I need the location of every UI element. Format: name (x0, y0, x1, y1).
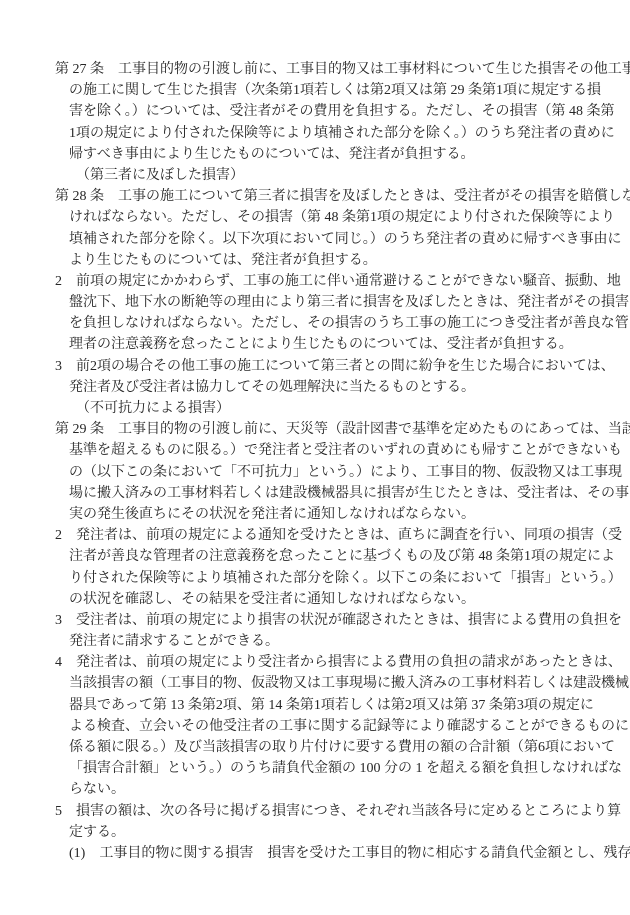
continuation-line: 定する。 (55, 822, 600, 843)
continuation-line: 発注者及び受注者は協力してその処理解決に当たるものとする。 (55, 377, 600, 398)
continuation-line: より生じたものについては、発注者が負担する。 (55, 250, 600, 271)
continuation-line: 填補された部分を除く。以下次項において同じ。）のうち発注者の責めに帰すべき事由に (55, 229, 600, 250)
article-start-line: 第 27 条 工事目的物の引渡し前に、工事目的物又は工事材料について生じた損害そ… (55, 59, 600, 80)
continuation-line: よる検査、立会いその他受注者の工事に関する記録等により確認することができるものに (55, 716, 600, 737)
paragraph-start-line: 3 前2項の場合その他工事の施工について第三者との間に紛争を生じた場合においては… (55, 356, 600, 377)
section-caption: （第三者に及ぼした損害） (55, 165, 600, 186)
continuation-line: 実の発生後直ちにその状況を発注者に通知しなければならない。 (55, 504, 600, 525)
paragraph-start-line: 5 損害の額は、次の各号に掲げる損害につき、それぞれ当該各号に定めるところにより… (55, 801, 600, 822)
section-caption: （不可抗力による損害） (55, 398, 600, 419)
continuation-line: ければならない。ただし、その損害（第 48 条第1項の規定により付された保険等に… (55, 207, 600, 228)
continuation-line: を負担しなければならない。ただし、その損害のうち工事の施工につき受注者が善良な管 (55, 313, 600, 334)
paragraph-start-line: 3 受注者は、前項の規定により損害の状況が確認されたときは、損害による費用の負担… (55, 610, 600, 631)
continuation-line: 場に搬入済みの工事材料若しくは建設機械器具に損害が生じたときは、受注者は、その事 (55, 483, 600, 504)
continuation-line: 基準を超えるものに限る。）で発注者と受注者のいずれの責めにも帰すことができないも (55, 440, 600, 461)
continuation-line: 器具であって第 13 条第2項、第 14 条第1項若しくは第2項又は第 37 条… (55, 695, 600, 716)
continuation-line: の状況を確認し、その結果を受注者に通知しなければならない。 (55, 589, 600, 610)
continuation-line: の（以下この条において「不可抗力」という。）により、工事目的物、仮設物又は工事現 (55, 462, 600, 483)
article-start-line: 第 28 条 工事の施工について第三者に損害を及ぼしたときは、受注者がその損害を… (55, 186, 600, 207)
document-page: 第 27 条 工事目的物の引渡し前に、工事目的物又は工事材料について生じた損害そ… (0, 0, 630, 915)
continuation-line: 帰すべき事由により生じたものについては、発注者が負担する。 (55, 144, 600, 165)
continuation-line: 係る額に限る。）及び当該損害の取り片付けに要する費用の額の合計額（第6項において (55, 737, 600, 758)
continuation-line: 当該損害の額（工事目的物、仮設物又は工事現場に搬入済みの工事材料若しくは建設機械 (55, 673, 600, 694)
document-text: 第 27 条 工事目的物の引渡し前に、工事目的物又は工事材料について生じた損害そ… (55, 59, 600, 864)
paragraph-start-line: 4 発注者は、前項の規定により受注者から損害による費用の負担の請求があったときは… (55, 652, 600, 673)
continuation-line: り付された保険等により填補された部分を除く。以下この条において「損害」という。） (55, 568, 600, 589)
continuation-line: 1項の規定により付された保険等により填補された部分を除く。）のうち発注者の責めに (55, 123, 600, 144)
item-start-line: (1) 工事目的物に関する損害 損害を受けた工事目的物に相応する請負代金額とし、… (55, 843, 600, 864)
paragraph-start-line: 2 前項の規定にかかわらず、工事の施工に伴い通常避けることができない騒音、振動、… (55, 271, 600, 292)
continuation-line: 害を除く。）については、受注者がその費用を負担する。ただし、その損害（第 48 … (55, 101, 600, 122)
continuation-line: 理者の注意義務を怠ったことにより生じたものについては、受注者が負担する。 (55, 334, 600, 355)
paragraph-start-line: 2 発注者は、前項の規定による通知を受けたときは、直ちに調査を行い、同項の損害（… (55, 525, 600, 546)
continuation-line: 「損害合計額」という。）のうち請負代金額の 100 分の 1 を超える額を負担し… (55, 758, 600, 779)
continuation-line: 発注者に請求することができる。 (55, 631, 600, 652)
continuation-line: 盤沈下、地下水の断絶等の理由により第三者に損害を及ぼしたときは、発注者がその損害 (55, 292, 600, 313)
article-start-line: 第 29 条 工事目的物の引渡し前に、天災等（設計図書で基準を定めたものにあって… (55, 419, 600, 440)
continuation-line: らない。 (55, 779, 600, 800)
continuation-line: の施工に関して生じた損害（次条第1項若しくは第2項又は第 29 条第1項に規定す… (55, 80, 600, 101)
continuation-line: 注者が善良な管理者の注意義務を怠ったことに基づくもの及び第 48 条第1項の規定… (55, 546, 600, 567)
